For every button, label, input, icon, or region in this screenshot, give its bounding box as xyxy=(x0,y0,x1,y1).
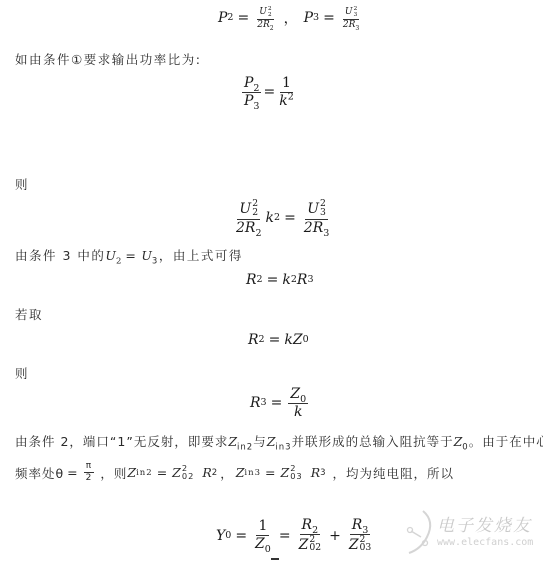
symbol: Z xyxy=(454,434,463,449)
symbol: P xyxy=(304,10,313,26)
subscript: 2 xyxy=(268,12,272,18)
symbol: Z xyxy=(281,465,290,480)
text: 频率处θ xyxy=(15,464,64,482)
text: 。由于在中心 xyxy=(469,434,543,449)
symbol: k xyxy=(284,332,292,348)
symbol: R xyxy=(311,465,320,480)
equation-r2-k2-r3: R2 = k2R3 xyxy=(246,272,314,288)
symbol: Y xyxy=(216,528,225,544)
equals: = xyxy=(67,465,78,480)
symbol: k xyxy=(279,93,287,109)
symbol: R xyxy=(297,272,308,288)
fraction: U22 2R2 xyxy=(234,200,264,235)
numerator: 1 xyxy=(256,519,269,536)
paragraph-condition-2: 由条件 2，端口“1”无反射，即要求Zin2与Zin3并联形成的总输入阻抗等于Z… xyxy=(15,432,543,450)
pi-symbol: π xyxy=(84,462,94,473)
paragraph-center-frequency: 频率处θ = π 2 ，则 Zin2 = Z202 R2 ， Zin3 = Z2… xyxy=(15,462,454,484)
equals: = xyxy=(323,10,335,26)
symbol: Z xyxy=(236,465,245,480)
paragraph-condition-1: 如由条件①要求输出功率比为: xyxy=(15,50,201,68)
text: 由条件 3 中的 xyxy=(15,248,105,263)
symbol: Z xyxy=(349,536,359,552)
symbol: 2R xyxy=(236,220,255,236)
fraction: 1 Z0 xyxy=(253,519,273,551)
subscript: 2 xyxy=(255,227,261,238)
subscript: in3 xyxy=(275,443,291,453)
text: ，则 xyxy=(100,464,127,482)
denominator: 2 xyxy=(84,473,95,483)
subscript: 3 xyxy=(355,24,359,31)
symbol: U xyxy=(259,7,267,17)
symbol: R xyxy=(250,395,261,411)
symbol: Z xyxy=(255,536,265,552)
symbol: k xyxy=(266,210,274,226)
equation-admittance: Y0 = 1 Z0 = R2 Z202 + R3 Z203 xyxy=(216,518,375,553)
subscript: 3 xyxy=(320,209,326,218)
equals: = xyxy=(125,248,137,263)
subscript: 3 xyxy=(152,257,159,267)
text: 并联形成的总输入阻抗等于 xyxy=(292,434,454,449)
symbol: 2R xyxy=(304,220,323,236)
circuit-logo-icon xyxy=(405,507,439,557)
watermark-url: www.elecfans.com xyxy=(437,537,533,548)
equation-power-ratio: P2 P3 = 1 k2 xyxy=(240,76,298,108)
symbol: U xyxy=(307,201,319,217)
separator: ， xyxy=(220,464,234,482)
text-cursor-mark xyxy=(271,558,279,560)
plus: + xyxy=(329,528,341,544)
paragraph-then-2: 则 xyxy=(15,364,29,382)
equals: = xyxy=(263,84,275,100)
symbol: R xyxy=(352,517,363,533)
subscript: 3 xyxy=(323,227,329,238)
equals: = xyxy=(265,465,276,480)
symbol: R xyxy=(202,465,211,480)
symbol: U xyxy=(141,248,152,263)
fraction: 1 k2 xyxy=(277,76,296,108)
equals: = xyxy=(235,528,247,544)
fraction: R2 Z202 xyxy=(297,518,324,553)
symbol: 2R xyxy=(343,20,356,30)
symbol: 2R xyxy=(257,20,270,30)
symbol: Z xyxy=(228,434,237,449)
subscript: 3 xyxy=(353,12,357,18)
symbol: U xyxy=(239,201,251,217)
superscript: 2 xyxy=(288,91,294,102)
fraction: U23 2R3 xyxy=(341,6,361,30)
fraction: R3 Z203 xyxy=(347,518,374,553)
symbol: Z xyxy=(127,465,136,480)
paragraph-if-take: 若取 xyxy=(15,305,43,323)
paragraph-condition-3: 由条件 3 中的U2=U3，由上式可得 xyxy=(15,246,243,264)
fraction-pi-over-2: π 2 xyxy=(84,462,95,484)
fraction: U22 2R2 xyxy=(255,6,275,30)
subscript: 02 xyxy=(309,544,321,553)
subscript: 2 xyxy=(116,257,121,267)
text: 与 xyxy=(253,434,267,449)
symbol: R xyxy=(302,517,313,533)
subscript: 3 xyxy=(253,100,259,111)
symbol: P xyxy=(244,93,253,109)
equation-r3-z0-over-k: R3 = Z0 k xyxy=(250,387,310,419)
symbol: k xyxy=(282,272,290,288)
equals: = xyxy=(269,332,281,348)
subscript: 02 xyxy=(182,473,195,481)
symbol: Z xyxy=(172,465,181,480)
watermark-title: 电子发烧友 xyxy=(437,511,532,536)
fraction: Z0 k xyxy=(288,387,308,419)
equation-r2-kz0: R2 = kZ0 xyxy=(248,332,309,348)
symbol: P xyxy=(218,10,227,26)
paragraph-then-1: 则 xyxy=(15,175,29,193)
fraction: P2 P3 xyxy=(242,76,261,108)
equals: = xyxy=(279,528,291,544)
equation-voltage-relation: U22 2R2 k2 = U23 2R3 xyxy=(232,200,333,235)
symbol: k xyxy=(294,404,302,420)
subscript: 2 xyxy=(270,24,274,31)
symbol: Z xyxy=(299,536,309,552)
subscript: 0 xyxy=(265,544,271,555)
watermark: 电子发烧友 www.elecfans.com xyxy=(405,505,540,560)
symbol: Z xyxy=(293,332,303,348)
subscript: 03 xyxy=(360,544,372,553)
equals: = xyxy=(157,465,168,480)
subscript: in2 xyxy=(237,443,253,453)
symbol: P xyxy=(244,75,253,91)
separator: ， xyxy=(284,8,298,28)
fraction: U23 2R3 xyxy=(302,200,332,235)
text: 由条件 2，端口“1”无反射，即要求 xyxy=(15,434,228,449)
equals: = xyxy=(284,210,296,226)
equals: = xyxy=(267,272,279,288)
subscript: 2 xyxy=(252,209,258,218)
symbol: U xyxy=(105,248,116,263)
symbol: 1 xyxy=(282,75,291,91)
subscript: 03 xyxy=(290,473,303,481)
symbol: U xyxy=(345,7,353,17)
equation-power-definitions: P2 = U22 2R2 ， P3 = U23 2R3 xyxy=(218,6,363,30)
text: ，由上式可得 xyxy=(159,248,243,263)
symbol: R xyxy=(248,332,259,348)
equals: = xyxy=(237,10,249,26)
symbol: R xyxy=(246,272,257,288)
equals: = xyxy=(271,395,283,411)
symbol: Z xyxy=(290,386,300,402)
text: ，均为纯电阻，所以 xyxy=(333,464,455,482)
